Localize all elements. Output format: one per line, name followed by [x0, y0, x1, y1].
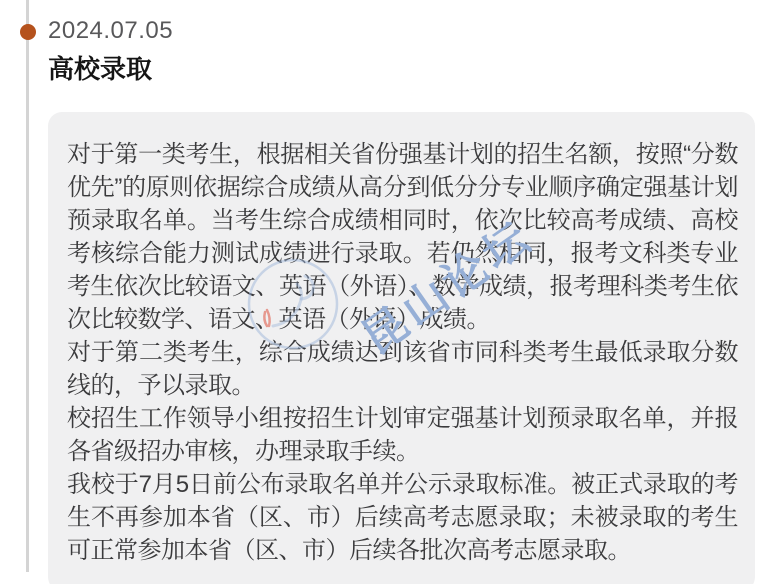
paragraph-rule-category1: 对于第一类考生，根据相关省份强基计划的招生名额，按照“分数优先”的原则依据综合成…	[67, 138, 738, 336]
timeline-line	[26, 0, 29, 572]
timeline-dot	[20, 24, 36, 40]
paragraph-rule-category2: 对于第二类考生，综合成绩达到该省市同科类考生最低录取分数线的，予以录取。	[67, 336, 738, 402]
paragraph-announcement: 我校于7月5日前公布录取名单并公示录取标准。被正式录取的考生不再参加本省（区、市…	[67, 468, 738, 567]
paragraph-approval-process: 校招生工作领导小组按招生计划审定强基计划预录取名单，并报各省级招办审核，办理录取…	[67, 402, 738, 468]
entry-date: 2024.07.05	[48, 17, 173, 45]
content-card: 对于第一类考生，根据相关省份强基计划的招生名额，按照“分数优先”的原则依据综合成…	[48, 112, 755, 584]
entry-title: 高校录取	[48, 54, 152, 84]
